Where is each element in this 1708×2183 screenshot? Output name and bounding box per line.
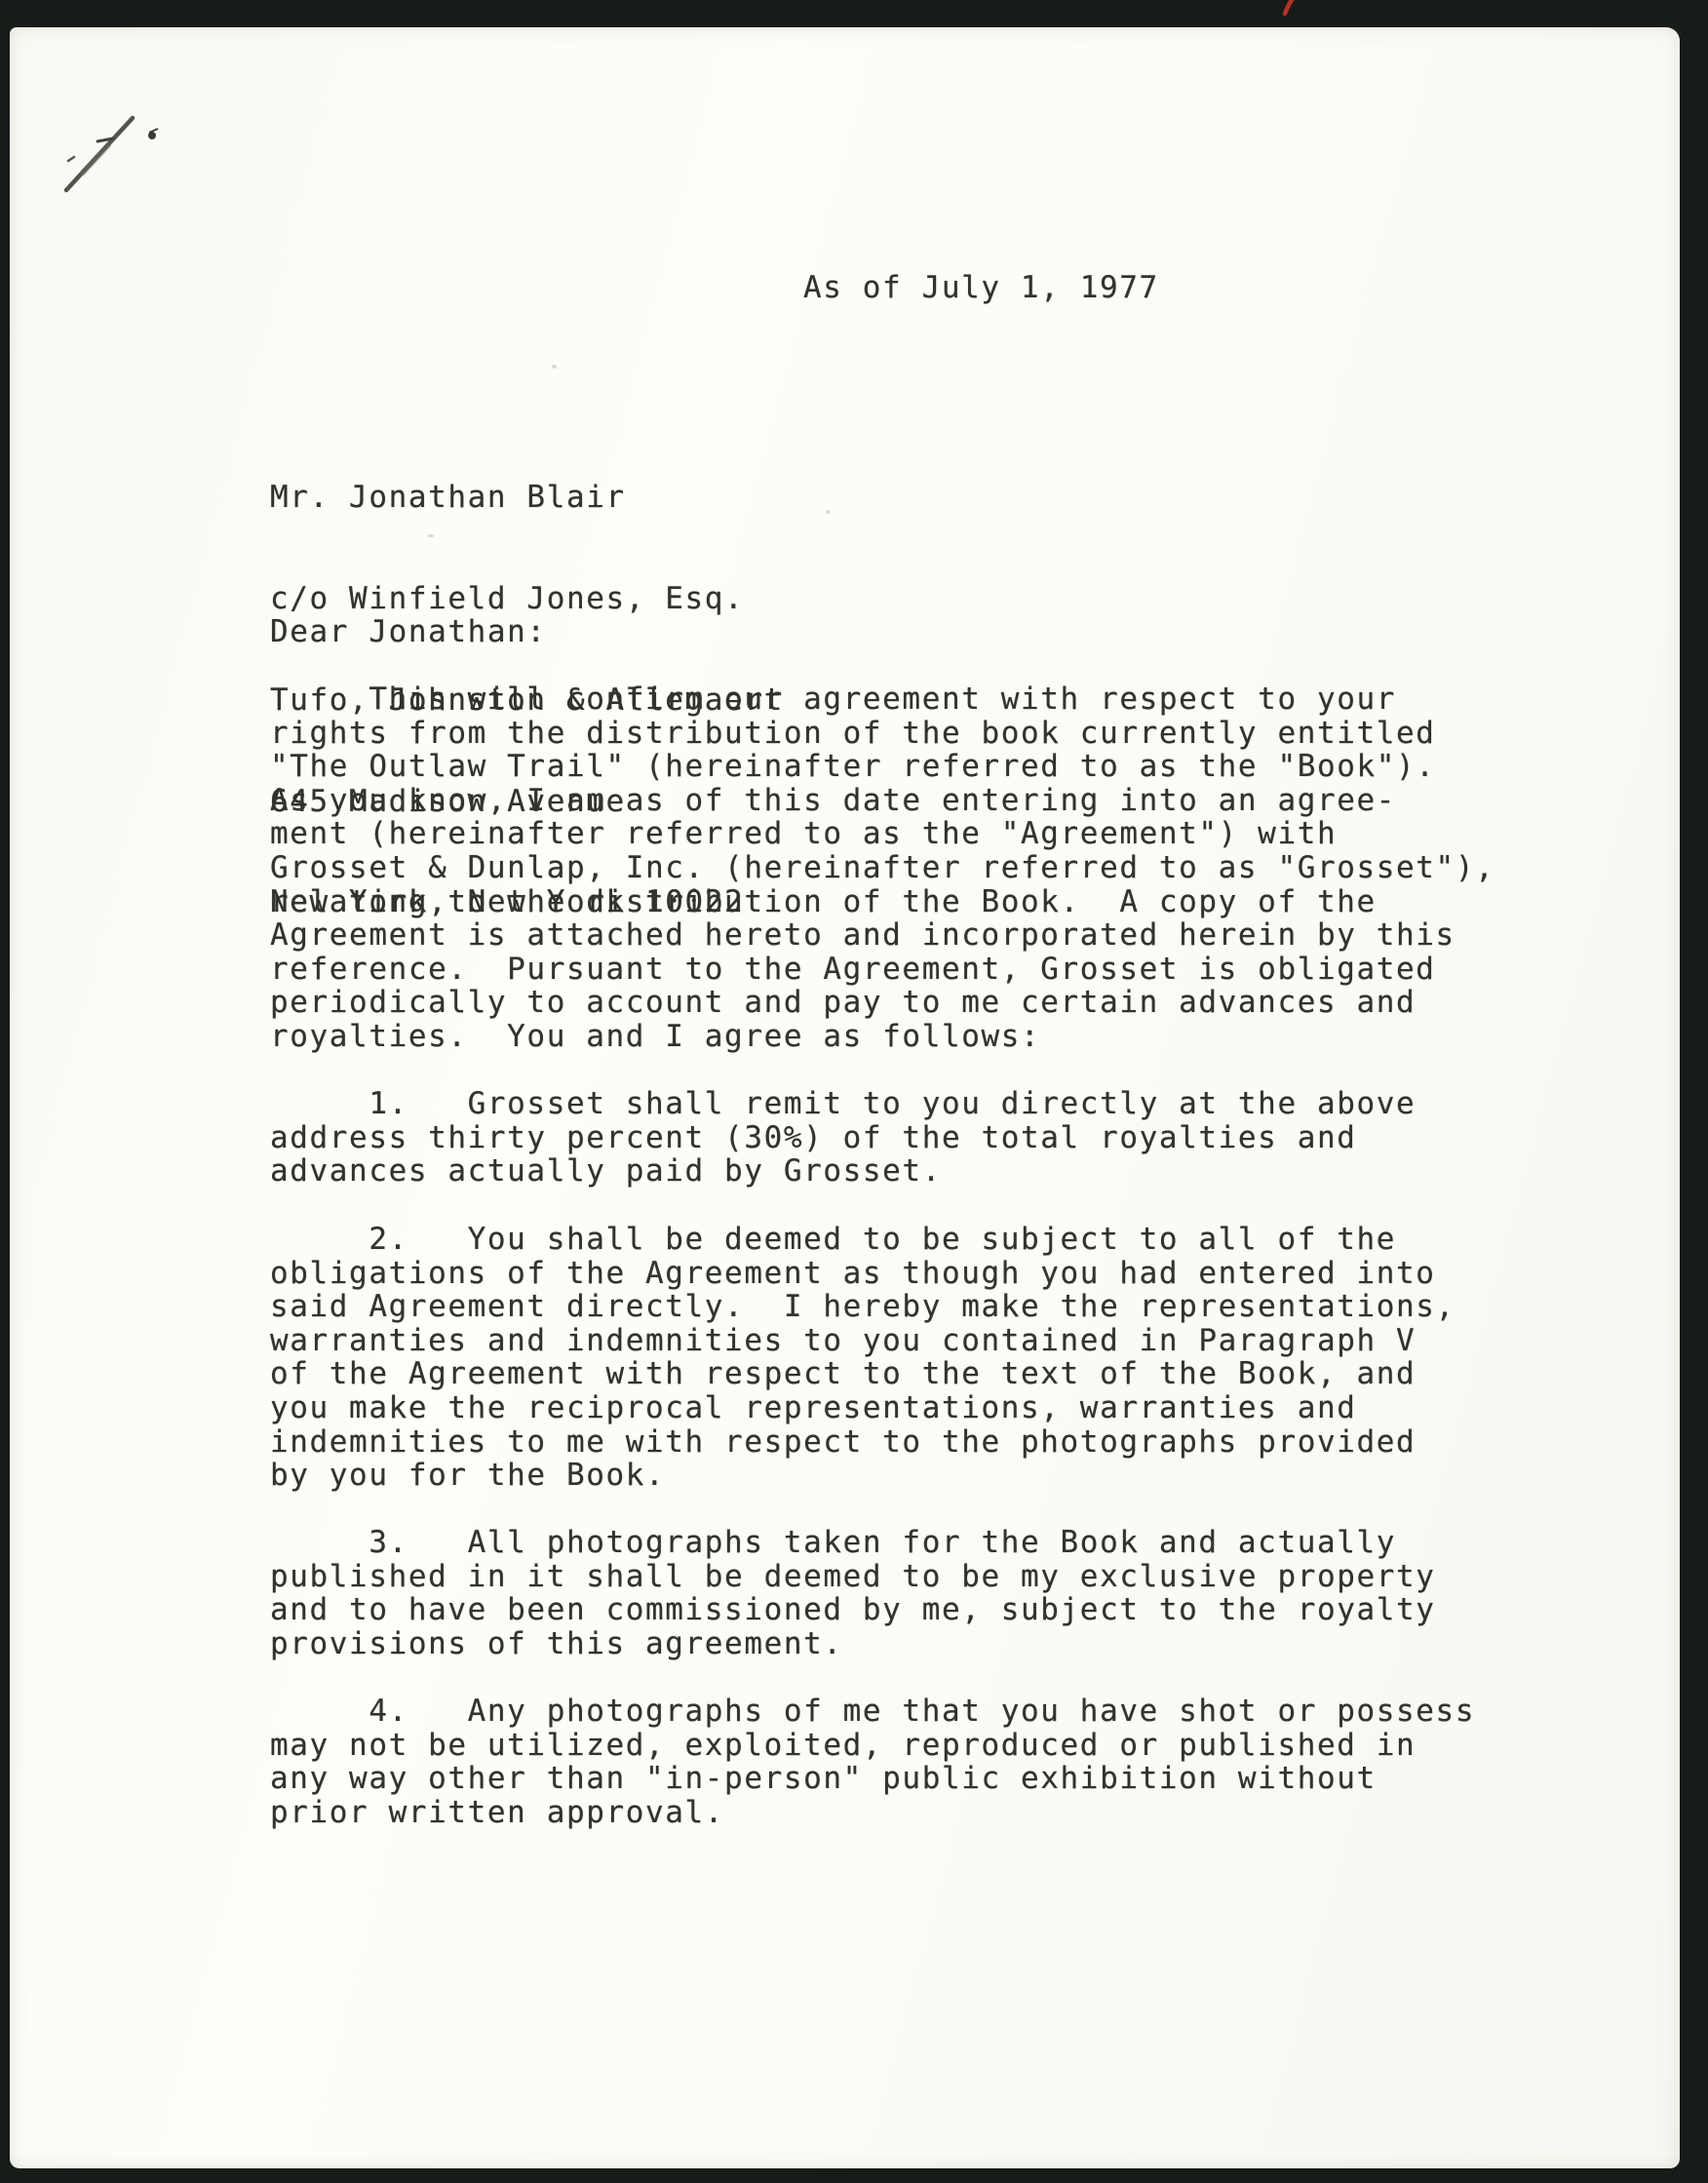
salutation: Dear Jonathan: bbox=[270, 615, 547, 649]
pencil-slash-mark bbox=[10, 27, 224, 242]
paragraph-intro: This will confirm our agreement with res… bbox=[270, 682, 1494, 1054]
paragraph-item-1: 1. Grosset shall remit to you directly a… bbox=[270, 1087, 1416, 1189]
recipient-care-of: c/o Winfield Jones, Esq. bbox=[270, 582, 784, 616]
red-ink-mark bbox=[1267, 0, 1326, 29]
paragraph-item-3: 3. All photographs taken for the Book an… bbox=[270, 1526, 1436, 1660]
paragraph-item-2: 2. You shall be deemed to be subject to … bbox=[270, 1223, 1456, 1493]
letter-paper: As of July 1, 1977 Mr. Jonathan Blair c/… bbox=[10, 27, 1680, 2168]
scan-speck bbox=[552, 365, 557, 369]
paragraph-item-4: 4. Any photographs of me that you have s… bbox=[270, 1695, 1475, 1829]
scan-speck bbox=[826, 510, 830, 514]
recipient-name: Mr. Jonathan Blair bbox=[270, 481, 784, 515]
scanned-letter-page: As of July 1, 1977 Mr. Jonathan Blair c/… bbox=[0, 0, 1708, 2183]
date-line: As of July 1, 1977 bbox=[803, 271, 1159, 305]
